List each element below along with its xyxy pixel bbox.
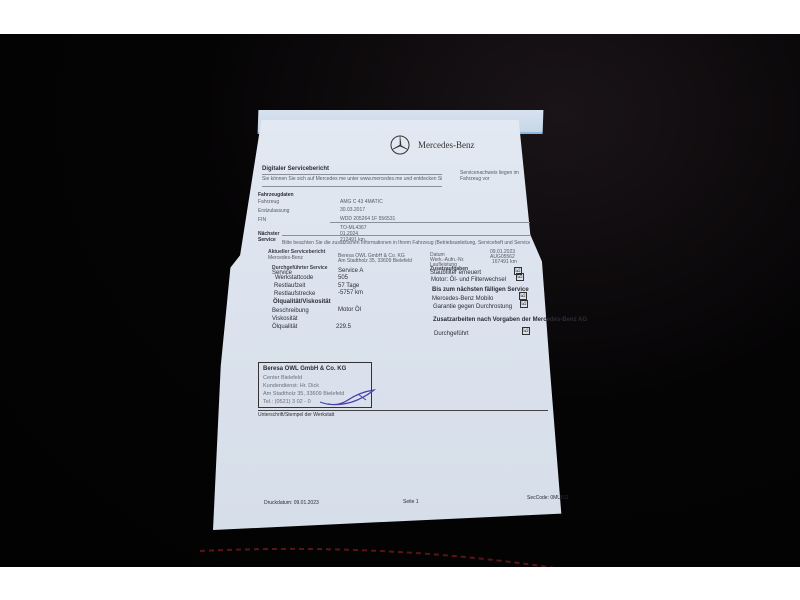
remaining-time-label: Restlaufzeit <box>274 283 305 289</box>
oil-heading: Ölqualität/Viskosität <box>273 299 331 305</box>
next-service-note: Bitte beachten Sie die zusätzlichen Info… <box>282 240 530 246</box>
mileage-value: 167491 km <box>492 259 517 265</box>
vehicle-heading: Fahrzeugdaten <box>258 192 294 198</box>
until-next-checkbox: ☑ <box>519 292 527 300</box>
oil-quality-value: 229.5 <box>336 324 351 330</box>
stamp-caption: Unterschrift/Stempel der Werkstatt <box>258 412 334 418</box>
workshop-code-label: Werkstattcode <box>275 275 313 281</box>
oil-description-value: Motor Öl <box>338 307 361 313</box>
stamp-line: Kundendienst: Hr. Dick <box>263 383 319 389</box>
service-value: Service A <box>338 268 363 274</box>
vin-label: FIN <box>258 217 266 223</box>
extra-checkbox: ☑ <box>516 273 524 281</box>
remaining-distance-value: -5757 km <box>338 290 363 296</box>
stamp-line: Tel.: (0521) 3 02 - 0 <box>263 399 311 405</box>
until-next-item: Mercedes-Benz Mobilo <box>432 296 493 302</box>
first-registration-label: Erstzulassung <box>258 208 289 214</box>
extra-item: Staubfilter erneuert <box>430 270 481 276</box>
stamp-line: Beresa OWL GmbH & Co. KG <box>263 366 346 372</box>
print-date: Druckdatum: 09.01.2023 <box>264 500 319 506</box>
page-number: Seite 1 <box>403 499 419 505</box>
dealer-address: Am Stadtholz 35, 33609 Bielefeld <box>338 258 412 264</box>
vehicle-label: Fahrzeug <box>258 199 279 205</box>
sec-code: SecCode: 0MU611 <box>527 495 569 501</box>
first-registration-value: 30.03.2017 <box>340 207 365 213</box>
oil-description-label: Beschreibung <box>272 308 309 314</box>
until-next-item: Garantie gegen Durchrostung <box>433 304 512 310</box>
viscosity-label: Viskosität <box>272 316 298 322</box>
intro-text: Sie können Sie sich auf Mercedes me unte… <box>262 176 442 182</box>
workshop-code-value: 505 <box>338 275 348 281</box>
report-title: Digitaler Servicebericht <box>262 166 329 172</box>
until-next-checkbox: ☑ <box>520 300 528 308</box>
seat-stitching <box>0 539 800 567</box>
until-next-heading: Bis zum nächsten fälligen Service <box>432 287 529 293</box>
additional-item: Durchgeführt <box>434 331 469 337</box>
remaining-distance-label: Restlaufstrecke <box>274 291 315 297</box>
extra-item: Motor: Öl- und Filterwechsel <box>431 277 506 283</box>
current-report-sub: Mercedes-Benz <box>268 255 303 261</box>
additional-heading: Zusatzarbeiten nach Vorgaben der Mercede… <box>433 316 603 324</box>
stamp-line: Center Bielefeld <box>263 375 302 381</box>
vehicle-value: AMG C 43 4MATIC <box>340 199 383 205</box>
signature <box>318 386 378 408</box>
brand-name: Mercedes-Benz <box>418 140 474 150</box>
remaining-time-value: 57 Tage <box>338 283 359 289</box>
additional-checkbox: ☑ <box>522 327 530 335</box>
oil-quality-label: Ölqualität <box>272 324 297 330</box>
side-note: Servicenachweis liegen im Fahrzeug vor <box>460 170 530 182</box>
mercedes-star-icon <box>390 135 410 155</box>
